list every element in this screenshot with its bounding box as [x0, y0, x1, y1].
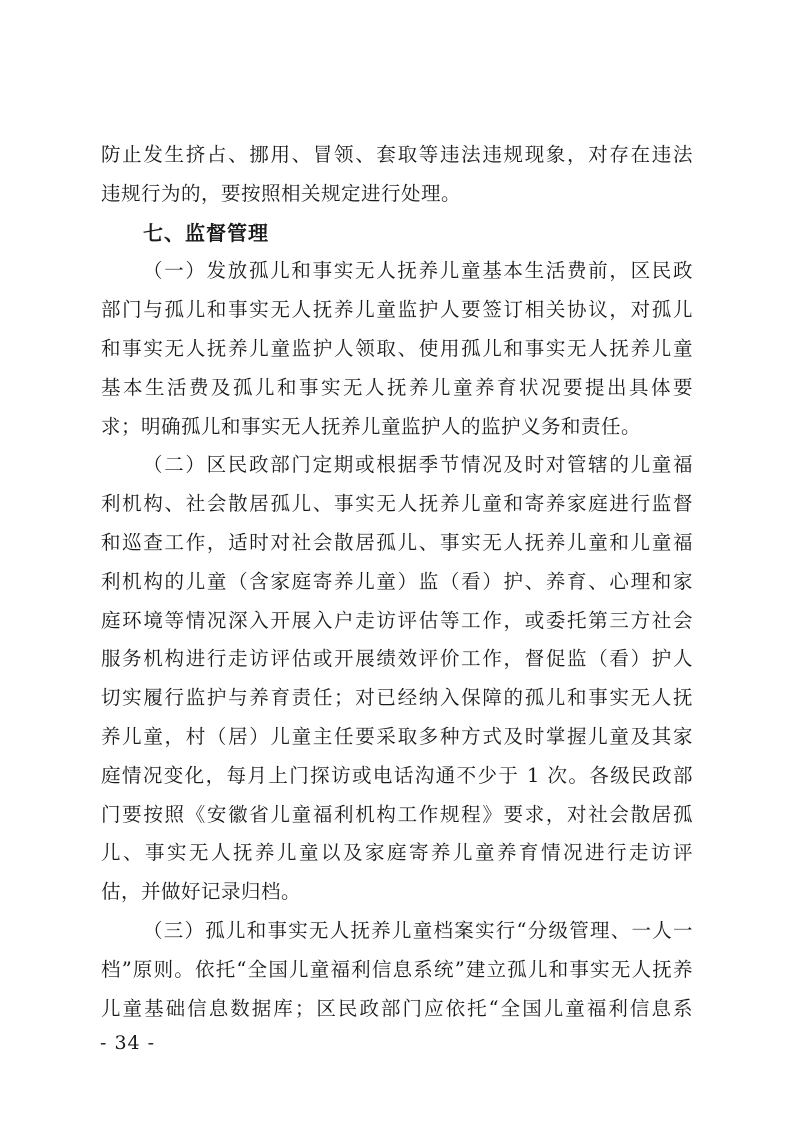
text-line: 利机构的儿童（含家庭寄养儿童）监（看）护、养育、心理和家: [101, 563, 693, 602]
paragraph-start-line: （三）孤儿和事实无人抚养儿童档案实行“分级管理、一人一: [101, 912, 693, 951]
text-line: 部门与孤儿和事实无人抚养儿童监护人要签订相关协议，对孤儿: [101, 291, 693, 330]
text-line: 儿童基础信息数据库；区民政部门应依托“全国儿童福利信息系: [101, 990, 693, 1029]
text-line: 庭环境等情况深入开展入户走访评估等工作，或委托第三方社会: [101, 602, 693, 641]
document-page: 防止发生挤占、挪用、冒领、套取等违法违规现象，对存在违法 违规行为的，要按照相关…: [0, 0, 793, 1122]
page-number: - 34 -: [100, 1032, 155, 1054]
section-heading: 七、监督管理: [101, 214, 693, 253]
text-line: 基本生活费及孤儿和事实无人抚养儿童养育状况要提出具体要: [101, 369, 693, 408]
paragraph-start-line: （二）区民政部门定期或根据季节情况及时对管辖的儿童福: [101, 446, 693, 485]
text-line: 估，并做好记录归档。: [101, 873, 693, 912]
text-line: 庭情况变化，每月上门探访或电话沟通不少于 1 次。各级民政部: [101, 757, 693, 796]
text-line: 养儿童，村（居）儿童主任要采取多种方式及时掌握儿童及其家: [101, 718, 693, 757]
text-line: 防止发生挤占、挪用、冒领、套取等违法违规现象，对存在违法: [101, 136, 693, 175]
text-line: 切实履行监护与养育责任；对已经纳入保障的孤儿和事实无人抚: [101, 679, 693, 718]
text-line: 利机构、社会散居孤儿、事实无人抚养儿童和寄养家庭进行监督: [101, 485, 693, 524]
paragraph-start-line: （一）发放孤儿和事实无人抚养儿童基本生活费前，区民政: [101, 252, 693, 291]
document-body: 防止发生挤占、挪用、冒领、套取等违法违规现象，对存在违法 违规行为的，要按照相关…: [101, 136, 693, 1028]
text-line: 服务机构进行走访评估或开展绩效评价工作，督促监（看）护人: [101, 640, 693, 679]
text-line: 儿、事实无人抚养儿童以及家庭寄养儿童养育情况进行走访评: [101, 834, 693, 873]
text-line: 档”原则。依托“全国儿童福利信息系统”建立孤儿和事实无人抚养: [101, 951, 693, 990]
text-line: 和巡查工作，适时对社会散居孤儿、事实无人抚养儿童和儿童福: [101, 524, 693, 563]
text-line: 求；明确孤儿和事实无人抚养儿童监护人的监护义务和责任。: [101, 408, 693, 447]
text-line: 门要按照《安徽省儿童福利机构工作规程》要求，对社会散居孤: [101, 796, 693, 835]
text-line: 违规行为的，要按照相关规定进行处理。: [101, 175, 693, 214]
text-line: 和事实无人抚养儿童监护人领取、使用孤儿和事实无人抚养儿童: [101, 330, 693, 369]
